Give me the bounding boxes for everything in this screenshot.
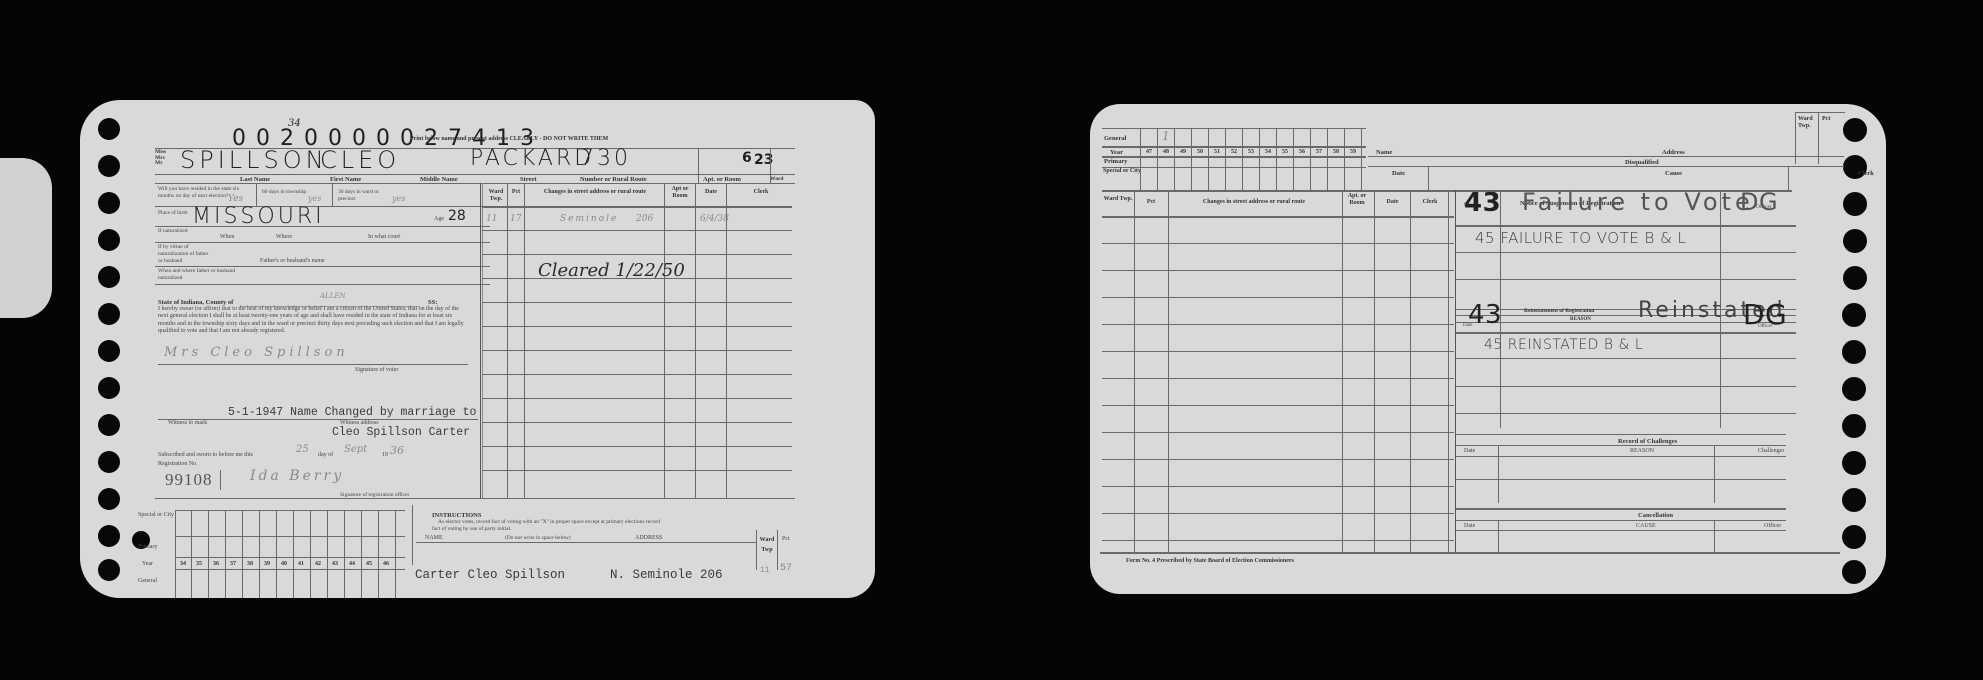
- name-change-line1: 5-1-1947 Name Changed by marriage to: [228, 406, 476, 419]
- header-instruction: Print below name and present address CLE…: [410, 136, 608, 143]
- punch-hole: [98, 340, 120, 362]
- cleared-note: Cleared 1/22/50: [538, 260, 685, 281]
- suspension-reason-stamp: Failure to Vote: [1522, 188, 1754, 216]
- punch-hole: [1842, 525, 1866, 549]
- suspension-typed-line: 45 FAILURE TO VOTE B & L: [1475, 229, 1686, 247]
- officer-signature: Ida Berry: [250, 468, 344, 484]
- punch-hole: [1842, 488, 1866, 512]
- general-vote-mark: 1: [1162, 129, 1170, 143]
- punch-hole: [98, 192, 120, 214]
- reinstatement-year-stamp: 43: [1468, 300, 1502, 330]
- punch-hole: [98, 414, 120, 436]
- punch-hole: [1842, 303, 1866, 327]
- registration-number: 99108: [165, 470, 213, 490]
- punch-hole: [98, 488, 120, 510]
- punch-hole: [98, 451, 120, 473]
- registration-card-back: General Year Primary Special or City 47 …: [1090, 104, 1886, 594]
- punch-hole: [1843, 118, 1867, 142]
- punch-hole: [98, 303, 120, 325]
- change-row-date: 6/4/38: [700, 214, 729, 224]
- punch-hole: [98, 229, 120, 251]
- change-row-pct: 17: [510, 214, 521, 224]
- change-row-ward: 11: [486, 214, 497, 224]
- voter-signature: Mrs Cleo Spillson: [164, 345, 349, 360]
- suspension-officer-stamp: DG: [1740, 188, 1778, 216]
- punch-hole: [98, 559, 120, 581]
- last-name-value: SPILLSON: [180, 146, 328, 174]
- punch-hole: [1842, 414, 1866, 438]
- oath-text: I hereby swear (or affirm) that to the b…: [158, 306, 470, 335]
- punch-hole: [1842, 340, 1866, 364]
- punch-hole: [98, 377, 120, 399]
- ward-value: 6: [742, 150, 752, 166]
- serial-annotation: 34: [288, 118, 301, 129]
- punch-hole: [98, 155, 120, 177]
- punch-hole: [98, 266, 120, 288]
- punch-hole: [1842, 560, 1866, 584]
- name-change-line2: Cleo Spillson Carter: [332, 426, 470, 439]
- change-row-number: 206: [636, 214, 653, 224]
- punch-hole: [98, 118, 120, 140]
- punch-hole: [1843, 192, 1867, 216]
- age-value: 28: [448, 208, 466, 224]
- title-prefix: Miss Mrs Mr: [155, 150, 166, 167]
- punch-hole: [1843, 266, 1867, 290]
- house-number-value: 730: [580, 146, 631, 171]
- suspension-year-stamp: 43: [1464, 188, 1501, 218]
- reinstatement-typed-line: 45 REINSTATED B & L: [1484, 337, 1643, 353]
- punch-hole: [98, 525, 120, 547]
- punch-hole: [1842, 451, 1866, 475]
- street-value: PACKARD: [470, 146, 594, 171]
- form-footer: Form No. 4 Prescribed by State Board of …: [1126, 558, 1294, 565]
- adjacent-card-fragment: [0, 158, 52, 318]
- bottom-typed-name: Carter Cleo Spillson: [415, 568, 565, 582]
- bottom-typed-address: N. Seminole 206: [610, 568, 723, 582]
- registration-card-front: 0020000027413 34 Print below name and pr…: [80, 100, 875, 598]
- punch-hole: [1842, 377, 1866, 401]
- first-name-value: CLEO: [320, 146, 400, 174]
- punch-hole: [1843, 229, 1867, 253]
- change-row-street: Seminole: [560, 214, 618, 224]
